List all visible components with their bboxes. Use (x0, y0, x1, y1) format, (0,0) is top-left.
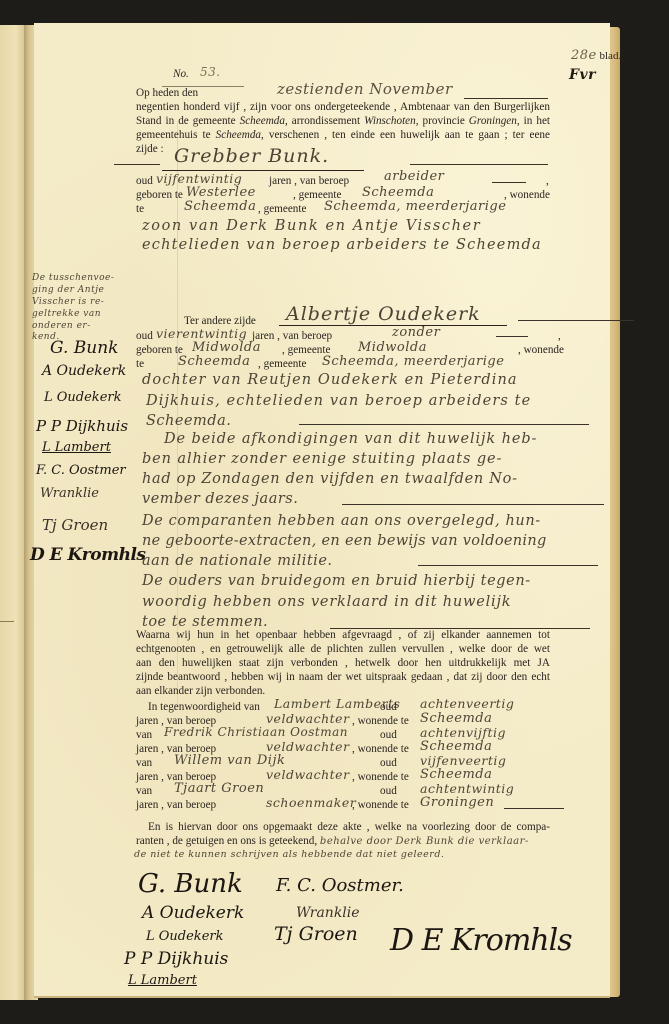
bride-occupation: zonder (392, 325, 440, 340)
witness-van-label: van (136, 756, 152, 770)
blad-header: 28e blad. (571, 49, 621, 63)
groom-occupation-dash (492, 182, 526, 183)
groom-rule-right (410, 164, 548, 165)
groom-rule-left (114, 164, 160, 165)
signature-witness: Tj Groen (274, 923, 358, 945)
documents-line: aan de nationale militie. (142, 553, 333, 569)
bride-gemeente2-label: , gemeente (258, 357, 306, 371)
witness-end-rule (504, 808, 564, 809)
witness-name: Fredrik Christiaan Oostman (164, 725, 348, 739)
witness-wonende-label: , wonende te (352, 798, 409, 812)
closing-handwritten-note-2: de niet te kunnen schrijven als hebbende… (134, 849, 444, 860)
arrondissement-name: Winschoten (364, 115, 416, 127)
witness-residence: Scheemda (420, 767, 492, 782)
groom-parents-line-1: zoon van Derk Bunk en Antje Visscher (142, 218, 481, 234)
gemeente-name: Scheemda (240, 115, 285, 127)
signature-parent: L Oudekerk (146, 929, 223, 944)
groom-geboren-label: geboren te (136, 188, 183, 202)
witness-occupation: schoenmaker (266, 795, 356, 810)
bride-residence: Scheemda (178, 354, 250, 369)
groom-occupation: arbeider (384, 169, 444, 184)
margin-note-line: ging der Antje (32, 285, 104, 295)
margin-signature: Tj Groen (42, 516, 108, 534)
witness-age: achtentwintig (420, 781, 514, 796)
witness-wonende-label: , wonende te (352, 742, 409, 756)
bride-jaren-beroep: jaren , van beroep (252, 329, 332, 343)
margin-signature: L Lambert (42, 440, 111, 455)
zijde-label: zijde : (136, 142, 164, 156)
groom-birth-gemeente: Scheemda (362, 185, 434, 200)
witness-age: vijfenveertig (420, 753, 506, 768)
witness-wonende-label: , wonende te (352, 714, 409, 728)
bride-wonende-label: , wonende (518, 343, 564, 357)
margin-note-line: De tusschenvoe- (32, 273, 114, 283)
closing-line-1: En is hiervan door ons opgemaakt deze ak… (148, 820, 550, 834)
witness-intro: In tegenwoordigheid van (148, 700, 260, 714)
date-fill-rule (464, 98, 548, 99)
witness-van-label: van (136, 784, 152, 798)
signature-bride: A Oudekerk (142, 903, 244, 923)
witness-oud-label: oud (380, 756, 397, 770)
bride-oud-label: oud (136, 329, 153, 343)
margin-note-line: onderen er- (32, 321, 91, 331)
blad-label: blad. (600, 50, 622, 62)
groom-te-label: te (136, 202, 144, 216)
witness-occupation: veldwachter (266, 739, 350, 754)
signature-witness: F. C. Oostmer. (276, 875, 404, 896)
declaration-line: zijnde beantwoord , hebben wij in naam d… (136, 670, 550, 684)
groom-parents-line-2: echtelieden van beroep arbeiders te Sche… (142, 237, 542, 253)
closing-handwritten-note: behalve door Derk Bunk die verklaar- (320, 836, 529, 847)
register-page: 28e blad. Fvr No. 53. Op heden den zesti… (34, 23, 610, 998)
signature-registrar: D E Kromhls (390, 923, 572, 958)
consent-line: De ouders van bruidegom en bruid hierbij… (142, 573, 531, 589)
margin-signature: A Oudekerk (42, 363, 126, 379)
bride-end-rule (299, 424, 589, 425)
declaration-line: Waarna wij hun in het openbaar hebben af… (136, 628, 550, 642)
proclamation-line: had op Zondagen den vijfden en twaalfden… (142, 471, 518, 487)
bride-birthplace: Midwolda (192, 340, 261, 355)
witness-age: achtenvijftig (420, 725, 506, 740)
margin-signature: F. C. Oostmer (36, 463, 126, 478)
proclamation-line: vember dezes jaars. (142, 491, 298, 507)
declaration-last-line: aan elkander zijn verbonden. (136, 684, 265, 698)
previous-page-rule (0, 621, 14, 622)
margin-signature: Wranklie (40, 486, 99, 501)
signature-witness: Wranklie (296, 905, 360, 921)
bride-parents-line-2: Dijkhuis, echtelieden van beroep arbeide… (146, 393, 531, 409)
witness-oud-label: oud (380, 728, 397, 742)
margin-signature-official: D E Kromhls (30, 545, 145, 565)
documents-line: ne geboorte-extracten, en een bewijs van… (142, 533, 547, 549)
margin-signature: P P Dijkhuis (36, 417, 128, 435)
provincie-name: Groningen, (469, 115, 520, 127)
declaration-line: echtgenooten , en getrouwelijk alle de p… (136, 642, 550, 656)
witness-residence: Scheemda (420, 739, 492, 754)
witness-oud-label: oud (380, 700, 397, 714)
consent-line: woordig hebben ons verklaard in dit huwe… (142, 594, 511, 610)
groom-wonende-label: , wonende (504, 188, 550, 202)
witness-name: Willem van Dijk (174, 753, 285, 768)
signature-parent: P P Dijkhuis (124, 949, 228, 969)
witness-occupation: veldwachter (266, 711, 350, 726)
signature-witness: L Lambert (128, 973, 197, 988)
proclamation-end-rule (342, 504, 604, 505)
bride-birth-gemeente: Midwolda (358, 340, 427, 355)
witness-oud-label: oud (380, 784, 397, 798)
documents-line: De comparanten hebben aan ons overgelegd… (142, 513, 541, 529)
bride-age: vierentwintig (156, 326, 247, 341)
act-number-label: No. (173, 67, 189, 81)
opening-line-2: negentien honderd vijf , zijn voor ons o… (136, 100, 550, 114)
groom-gemeente2-label: , gemeente (258, 202, 306, 216)
groom-oud-label: oud (136, 174, 153, 188)
proclamation-line: De beide afkondigingen van dit huwelijk … (164, 431, 537, 447)
groom-age: vijfentwintig (156, 171, 242, 186)
bride-parents-line-1: dochter van Reutjen Oudekerk en Pieterdi… (142, 372, 518, 388)
signature-groom: G. Bunk (138, 869, 243, 899)
act-number: 53. (200, 65, 221, 79)
scan-background: 28e blad. Fvr No. 53. Op heden den zesti… (0, 0, 669, 1024)
gemeentehuis-place: Scheemda (216, 129, 261, 141)
margin-signature: L Oudekerk (44, 390, 121, 405)
witness-name: Tjaart Groen (174, 781, 264, 796)
witness-residence: Scheemda (420, 711, 492, 726)
bride-occupation-dash (496, 336, 528, 337)
witness-occupation: veldwachter (266, 767, 350, 782)
comma: , (546, 174, 549, 188)
margin-signature: G. Bunk (50, 338, 118, 358)
bride-te-label: te (136, 357, 144, 371)
previous-page-edge (0, 25, 27, 1000)
groom-jaren-beroep: jaren , van beroep (269, 174, 349, 188)
witness-jaren-beroep: jaren , van beroep (136, 798, 216, 812)
bride-rule-right (518, 320, 634, 321)
closing-line-2: ranten , de getuigen en ons is geteekend… (136, 834, 529, 849)
opening-line-3: Stand in de gemeente Scheemda, arrondiss… (136, 114, 550, 128)
witness-residence: Groningen (420, 795, 494, 810)
witness-wonende-label: , wonende te (352, 770, 409, 784)
groom-residence: Scheemda (184, 199, 256, 214)
opening-line-4: gemeentehuis te Scheemda, verschenen , t… (136, 128, 550, 142)
margin-note-line: geltrekke van (32, 309, 101, 319)
witness-age: achtenveertig (420, 696, 514, 711)
blad-initials: Fvr (569, 67, 596, 83)
op-heden-label: Op heden den (136, 86, 198, 100)
declaration-line: aan den huwelijken staat zijn verbonden … (136, 656, 550, 670)
groom-name: Grebber Bunk. (174, 145, 329, 167)
comma: , (558, 329, 561, 343)
margin-note-line: Visscher is re- (32, 297, 104, 307)
groom-birthplace: Westerlee (186, 185, 256, 200)
proclamation-line: ben alhier zonder eenige stuiting plaats… (142, 451, 502, 467)
bride-residence-gemeente: Scheemda, meerderjarige (322, 354, 504, 369)
bride-geboren-label: geboren te (136, 343, 183, 357)
bride-name: Albertje Oudekerk (286, 303, 481, 325)
witness-van-label: van (136, 728, 152, 742)
bride-parents-line-3: Scheemda. (146, 413, 231, 429)
blad-number: 28e (571, 48, 597, 63)
groom-residence-gemeente: Scheemda, meerderjarige (324, 199, 506, 214)
documents-end-rule (418, 565, 598, 566)
marriage-date: zestienden November (277, 80, 453, 98)
